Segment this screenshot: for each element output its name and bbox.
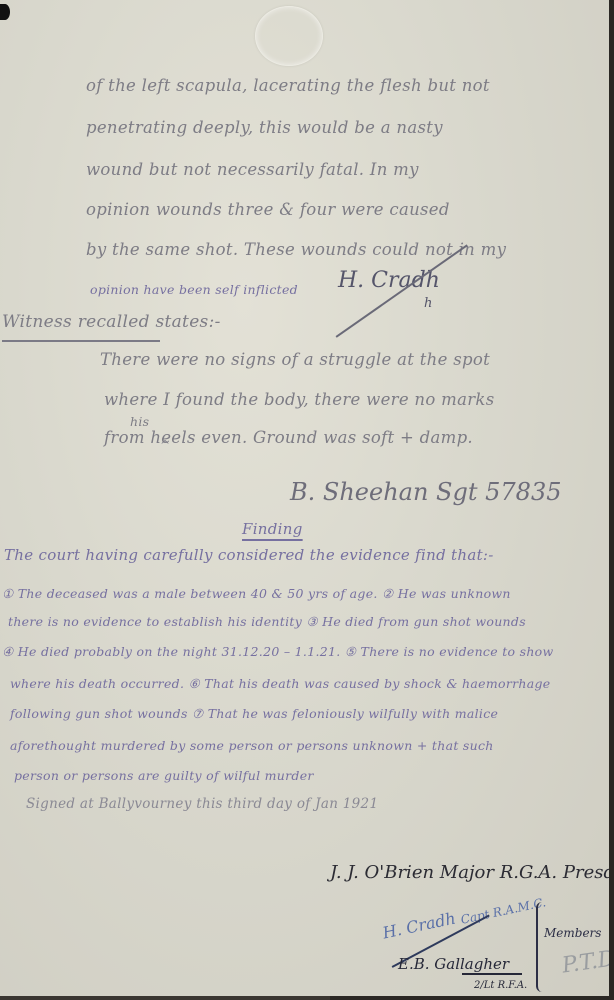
continuation-line-2: penetrating deeply, this would be a nast… bbox=[86, 118, 443, 137]
witness-line-2: where I found the body, there were no ma… bbox=[104, 390, 494, 409]
witness-signature: B. Sheehan Sgt 57835 bbox=[290, 478, 561, 506]
continuation-line-4: opinion wounds three & four were caused bbox=[86, 200, 450, 219]
finding-line-1: ① The deceased was a male between 40 & 5… bbox=[2, 586, 511, 601]
members-brace bbox=[536, 902, 546, 992]
witness-line-1: There were no signs of a struggle at the… bbox=[100, 350, 490, 369]
witness-heading-underline bbox=[2, 340, 160, 342]
document-page: of the left scapula, lacerating the fles… bbox=[0, 0, 609, 996]
finding-intro: The court having carefully considered th… bbox=[4, 546, 494, 564]
finding-heading: Finding bbox=[242, 520, 303, 538]
member-2-underline bbox=[462, 973, 522, 975]
continuation-line-1: of the left scapula, lacerating the fles… bbox=[86, 76, 490, 95]
scan-right-edge bbox=[609, 0, 614, 1000]
signed-at-line: Signed at Ballyvourney this third day of… bbox=[26, 796, 378, 812]
member-2-signature: E.B. Gallagher bbox=[398, 955, 509, 973]
continuation-line-5: by the same shot. These wounds could not… bbox=[86, 240, 506, 259]
embossed-seal bbox=[255, 6, 323, 66]
finding-line-2: there is no evidence to establish his id… bbox=[8, 614, 526, 629]
finding-line-7: person or persons are guilty of wilful m… bbox=[14, 768, 314, 783]
finding-line-6: aforethought murdered by some person or … bbox=[10, 738, 494, 753]
medical-officer-mark: h bbox=[424, 296, 432, 311]
president-signature: J. J. O'Brien Major R.G.A. Presdt bbox=[330, 862, 614, 883]
member-2-rank: 2/Lt R.F.A. bbox=[474, 980, 527, 991]
witness-insertion: his bbox=[130, 414, 149, 429]
witness-line-3: from heels even. Ground was soft + damp. bbox=[104, 428, 473, 447]
medical-officer-signature: H. Cradh bbox=[338, 268, 440, 293]
finding-line-5: following gun shot wounds ⑦ That he was … bbox=[10, 706, 498, 721]
ptd-stamp: P.T.D bbox=[561, 946, 614, 978]
finding-line-3: ④ He died probably on the night 31.12.20… bbox=[2, 644, 554, 659]
ink-blot bbox=[0, 4, 10, 20]
scan-bottom-edge bbox=[330, 996, 614, 1000]
continuation-line-3: wound but not necessarily fatal. In my bbox=[86, 160, 419, 179]
witness-heading: Witness recalled states:- bbox=[2, 312, 221, 332]
members-label: Members bbox=[544, 926, 601, 940]
continuation-line-6: opinion have been self inflicted bbox=[90, 282, 298, 297]
finding-line-4: where his death occurred. ⑥ That his dea… bbox=[10, 676, 551, 691]
